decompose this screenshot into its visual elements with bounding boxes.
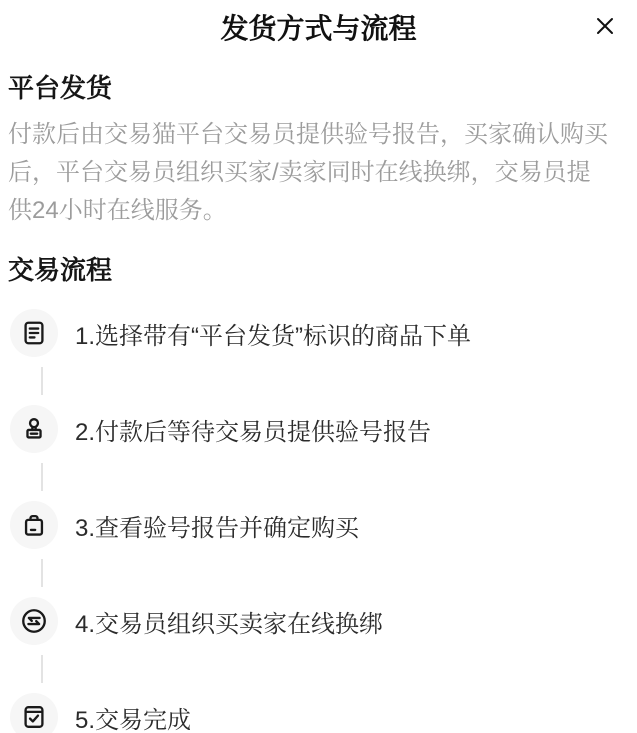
step-icon-circle: [10, 309, 58, 357]
platform-shipping-heading: 平台发货: [8, 72, 608, 104]
dialog-title: 发货方式与流程: [0, 12, 637, 46]
step-label: 3.查看验号报告并确定购买: [75, 508, 359, 543]
modal-header: 发货方式与流程: [0, 0, 637, 46]
step-icon-circle: [10, 597, 58, 645]
modal-content: 平台发货 付款后由交易猫平台交易员提供验号报告，买家确认购买后，平台交易员组织买…: [0, 72, 637, 733]
swap-arrows-icon: [20, 607, 48, 635]
step-item-2: 2.付款后等待交易员提供验号报告: [8, 405, 608, 453]
process-timeline: 1.选择带有“平台发货”标识的商品下单 2.付款后等待交易员提供验号报告: [8, 309, 608, 733]
step-item-5: 5.交易完成: [8, 693, 608, 733]
step-item-1: 1.选择带有“平台发货”标识的商品下单: [8, 309, 608, 357]
x-icon: [593, 14, 617, 38]
timeline-connector: [41, 367, 43, 395]
stamp-icon: [20, 415, 48, 443]
checkbox-check-icon: [20, 703, 48, 731]
step-icon-circle: [10, 501, 58, 549]
platform-shipping-description: 付款后由交易猫平台交易员提供验号报告，买家确认购买后，平台交易员组织买家/卖家同…: [8, 116, 608, 230]
step-item-4: 4.交易员组织买卖家在线换绑: [8, 597, 608, 645]
shopping-bag-icon: [20, 511, 48, 539]
step-label: 2.付款后等待交易员提供验号报告: [75, 412, 431, 447]
shipping-info-modal: 发货方式与流程 平台发货 付款后由交易猫平台交易员提供验号报告，买家确认购买后，…: [0, 0, 637, 733]
process-heading: 交易流程: [8, 254, 608, 286]
step-label: 4.交易员组织买卖家在线换绑: [75, 604, 383, 639]
step-item-3: 3.查看验号报告并确定购买: [8, 501, 608, 549]
timeline-connector: [41, 559, 43, 587]
close-button[interactable]: [592, 13, 618, 39]
document-list-icon: [20, 319, 48, 347]
step-label: 5.交易完成: [75, 700, 191, 733]
step-label: 1.选择带有“平台发货”标识的商品下单: [75, 316, 471, 351]
timeline-connector: [41, 463, 43, 491]
timeline-connector: [41, 655, 43, 683]
step-icon-circle: [10, 405, 58, 453]
step-icon-circle: [10, 693, 58, 733]
